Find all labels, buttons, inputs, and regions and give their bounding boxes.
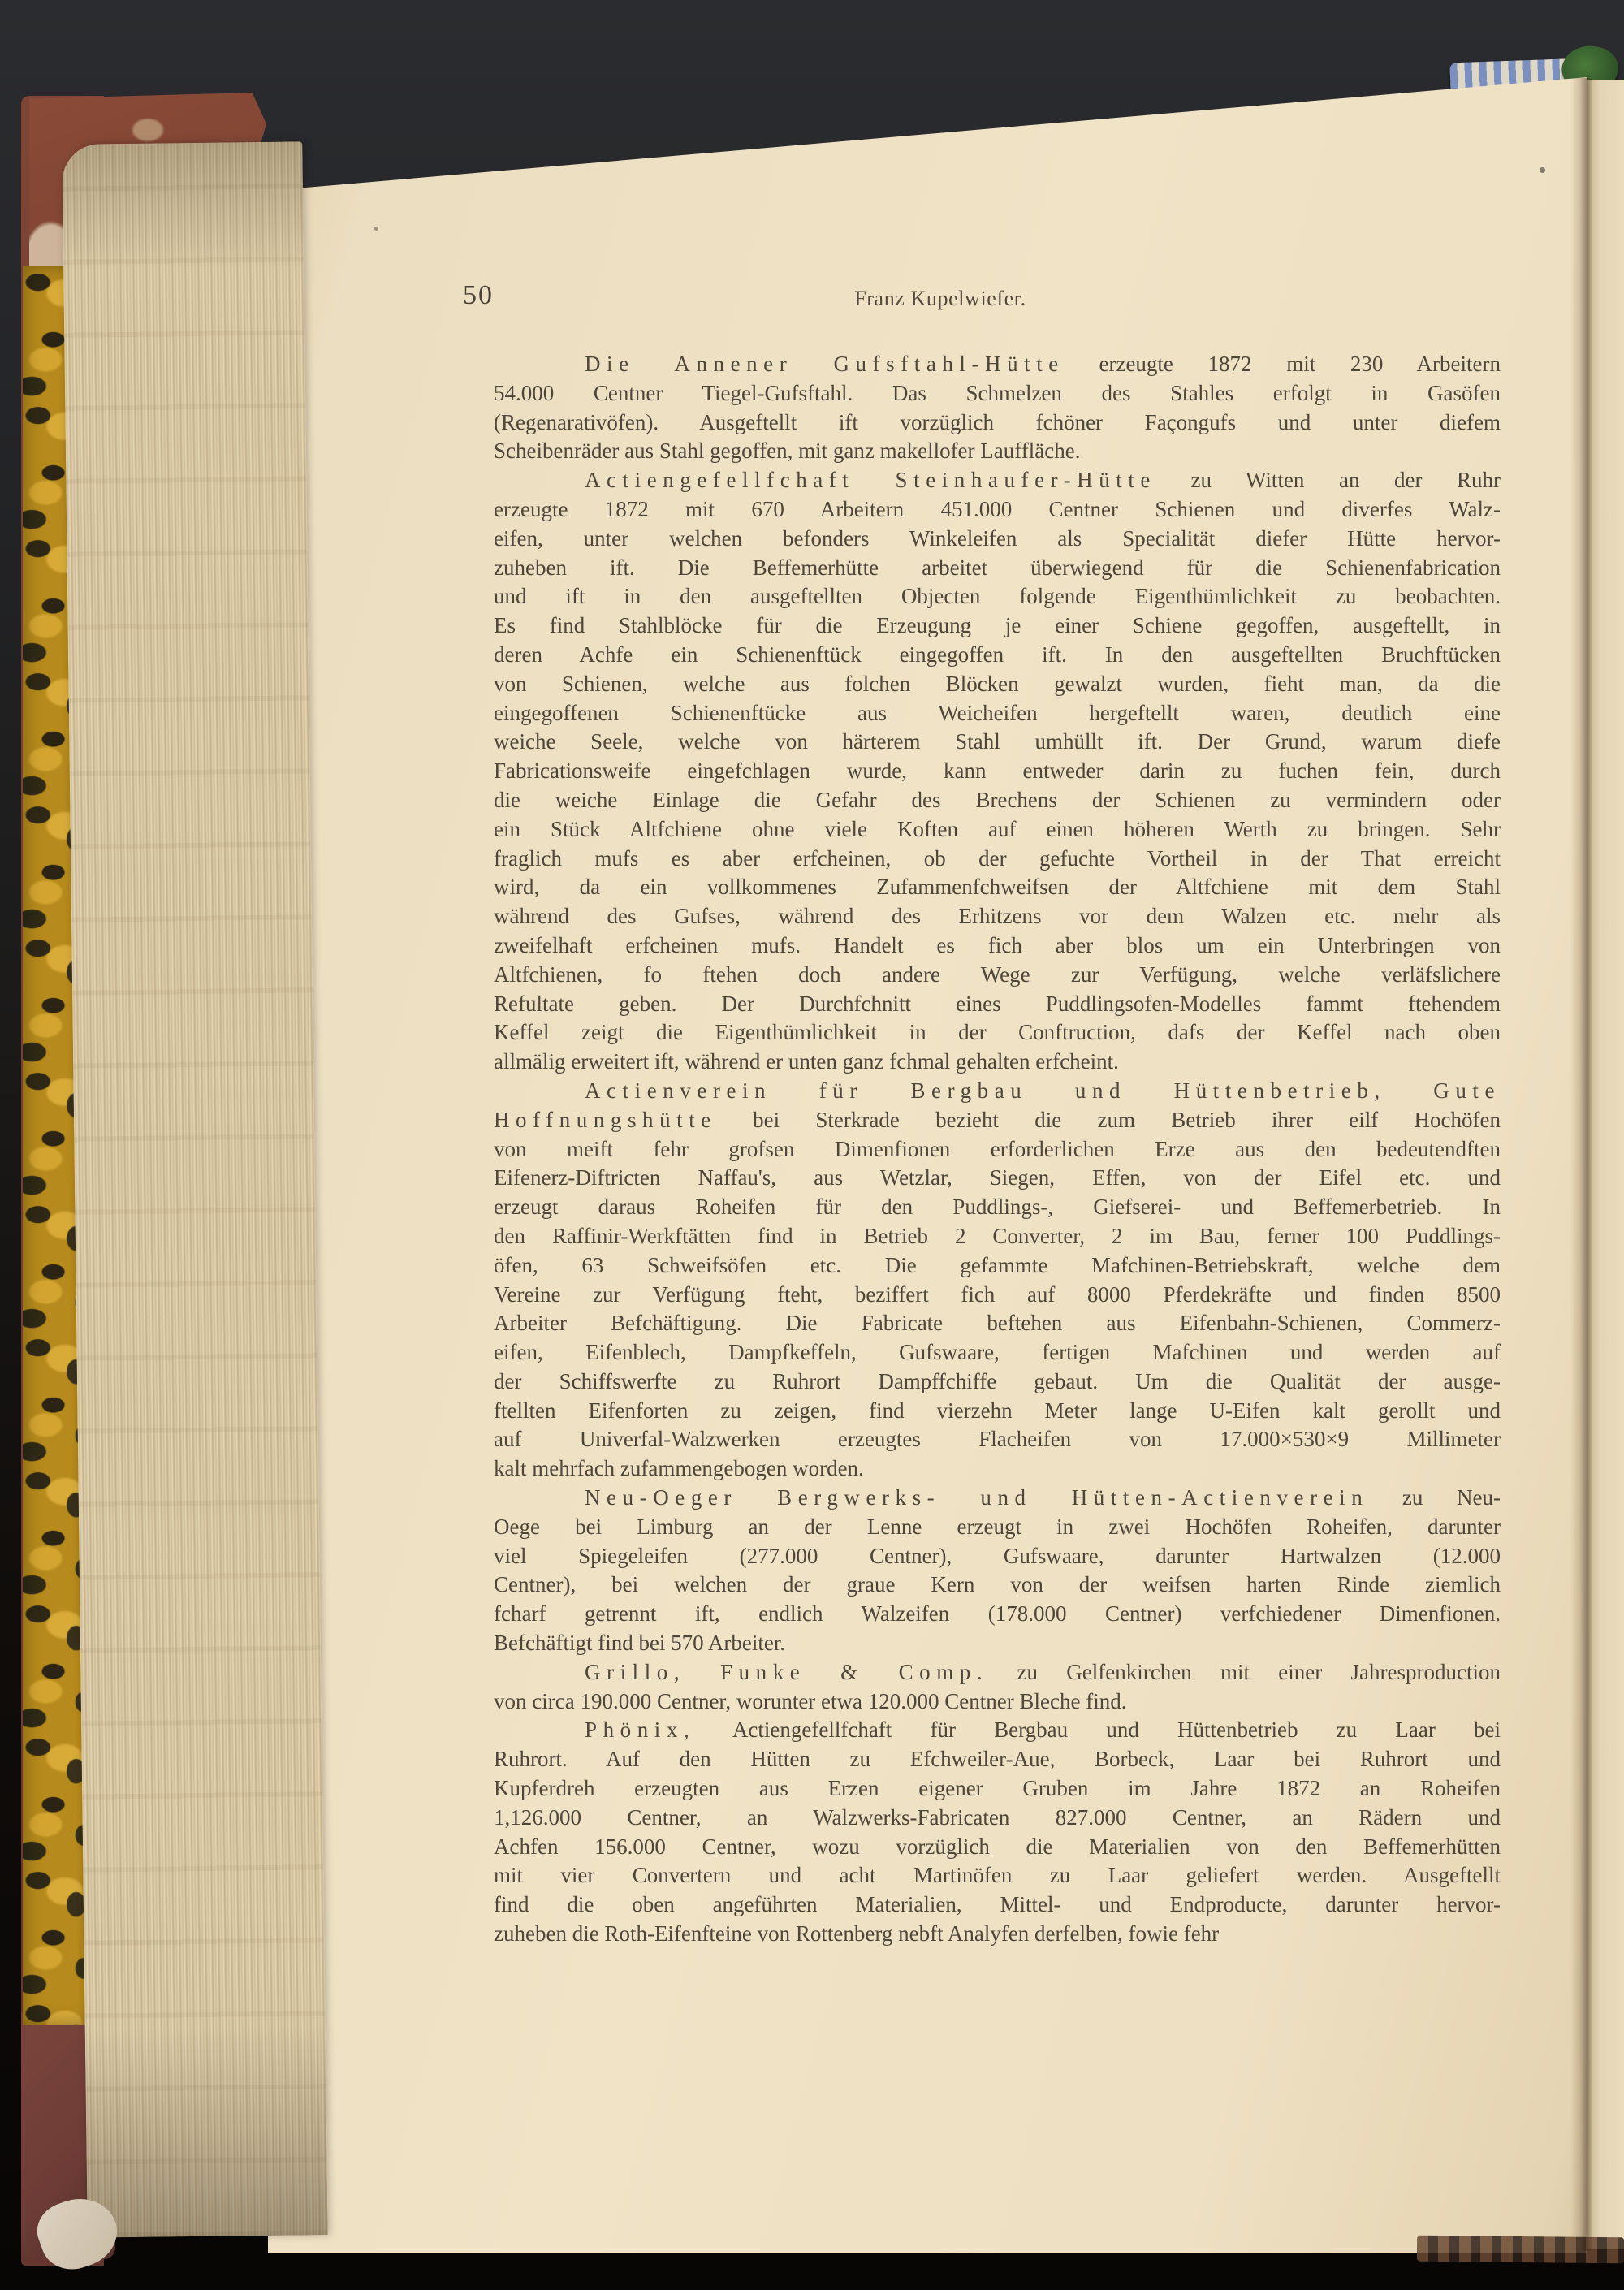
text-line: Fabricationsweife eingefchlagen wurde, k… <box>494 757 1501 786</box>
text-line: während des Gufses, während des Erhitzen… <box>494 902 1501 931</box>
book-page: 50 Franz Kupelwiefer. Die Annener Gufsft… <box>268 77 1587 2253</box>
page-number: 50 <box>463 280 494 311</box>
text-line: Kupferdreh erzeugten aus Erzen eigener G… <box>494 1774 1501 1804</box>
ink-speck <box>374 227 378 231</box>
paragraph: Actiengefellfchaft Steinhaufer-Hütte zu … <box>494 466 1501 1077</box>
running-header: Franz Kupelwiefer. <box>494 287 1387 311</box>
text-line: und ift in den ausgeftellten Objecten fo… <box>494 582 1501 611</box>
text-line: fcharf getrennt ift, endlich Walzeifen (… <box>494 1600 1501 1629</box>
text-line: 1,126.000 Centner, an Walzwerks-Fabricat… <box>494 1804 1501 1833</box>
paragraph: Die Annener Gufsftahl-Hütte erzeugte 187… <box>494 350 1501 466</box>
tailband <box>1417 2236 1624 2264</box>
text-line: Hoffnungshütte bei Sterkrade bezieht die… <box>494 1106 1501 1135</box>
text-line: Phönix, Actiengefellfchaft für Bergbau u… <box>494 1716 1501 1745</box>
text-line: zuheben die Roth-Eifenfteine von Rottenb… <box>494 1920 1501 1949</box>
text-line: Keffel zeigt die Eigenthümlichkeit in de… <box>494 1018 1501 1048</box>
text-line: erzeugt daraus Roheifen für den Puddling… <box>494 1193 1501 1222</box>
next-page-sliver <box>1587 80 1624 2249</box>
text-line: Neu-Oeger Bergwerks- und Hütten-Actienve… <box>494 1484 1501 1513</box>
letterspaced-text: Neu-Oeger Bergwerks- und Hütten-Actienve… <box>585 1485 1368 1510</box>
text-line: Refultate geben. Der Durchfchnitt eines … <box>494 990 1501 1019</box>
book-photo: 50 Franz Kupelwiefer. Die Annener Gufsft… <box>0 0 1624 2290</box>
paragraph: Actienverein für Bergbau und Hüttenbetri… <box>494 1077 1501 1484</box>
letterspaced-text: Actiengefellfchaft Steinhaufer-Hütte <box>585 468 1156 492</box>
text-line: zuheben ift. Die Beffemerhütte arbeitet … <box>494 554 1501 583</box>
text-line: ftellten Eifenforten zu zeigen, find vie… <box>494 1397 1501 1426</box>
text-line: find die oben angeführten Materialien, M… <box>494 1890 1501 1920</box>
text-line: Centner), bei welchen der graue Kern von… <box>494 1571 1501 1600</box>
letterspaced-text: Actienverein für Bergbau und Hüttenbetri… <box>585 1078 1501 1103</box>
ink-speck <box>1540 167 1545 173</box>
text-line: von meift fehr grofsen Dimenfionen erfor… <box>494 1135 1501 1164</box>
text-line: Befchäftigt find bei 570 Arbeiter. <box>494 1629 1501 1658</box>
letterspaced-text: Hoffnungshütte <box>494 1108 717 1132</box>
text-line: 54.000 Centner Tiegel-Gufsftahl. Das Sch… <box>494 379 1501 408</box>
text-line: Achfen 156.000 Centner, wozu vorzüglich … <box>494 1833 1501 1862</box>
text-line: Ruhrort. Auf den Hütten zu Efchweiler-Au… <box>494 1745 1501 1774</box>
text-line: von circa 190.000 Centner, worunter etwa… <box>494 1687 1501 1717</box>
text-line: eifen, Eifenblech, Dampfkeffeln, Gufswaa… <box>494 1338 1501 1368</box>
text-line: weiche Seele, welche von härterem Stahl … <box>494 728 1501 757</box>
letterspaced-text: Die Annener Gufsftahl-Hütte <box>585 352 1065 376</box>
gutter-shadow <box>1570 78 1592 2251</box>
text-line: allmälig erweitert ift, während er unten… <box>494 1048 1501 1077</box>
text-line: Die Annener Gufsftahl-Hütte erzeugte 187… <box>494 350 1501 379</box>
text-line: Actiengefellfchaft Steinhaufer-Hütte zu … <box>494 466 1501 495</box>
page-body-text: Die Annener Gufsftahl-Hütte erzeugte 187… <box>494 350 1501 1949</box>
text-line: Altfchienen, fo ftehen doch andere Wege … <box>494 961 1501 990</box>
paragraph: Phönix, Actiengefellfchaft für Bergbau u… <box>494 1716 1501 1948</box>
text-line: den Raffinir-Werkftätten find in Betrieb… <box>494 1222 1501 1251</box>
text-line: Scheibenräder aus Stahl gegoffen, mit ga… <box>494 437 1501 466</box>
text-line: Actienverein für Bergbau und Hüttenbetri… <box>494 1077 1501 1106</box>
text-line: die weiche Einlage die Gefahr des Breche… <box>494 786 1501 815</box>
text-line: deren Achfe ein Schienenftück eingegoffe… <box>494 641 1501 670</box>
text-line: Vereine zur Verfügung fteht, beziffert f… <box>494 1281 1501 1310</box>
letterspaced-text: Grillo, Funke & Comp. <box>585 1660 988 1684</box>
text-line: Grillo, Funke & Comp. zu Gelfenkirchen m… <box>494 1658 1501 1687</box>
text-line: eifen, unter welchen befonders Winkeleif… <box>494 525 1501 554</box>
text-line: mit vier Convertern und acht Martinöfen … <box>494 1861 1501 1890</box>
text-line: Eifenerz-Diftricten Naffau's, aus Wetzla… <box>494 1164 1501 1193</box>
text-line: von Schienen, welche aus folchen Blöcken… <box>494 670 1501 699</box>
text-line: erzeugte 1872 mit 670 Arbeitern 451.000 … <box>494 495 1501 525</box>
text-line: kalt mehrfach zufammengebogen worden. <box>494 1454 1501 1484</box>
text-line: der Schiffswerfte zu Ruhrort Dampffchiff… <box>494 1368 1501 1397</box>
text-line: eingegoffenen Schienenftücke aus Weichei… <box>494 699 1501 728</box>
text-line: Arbeiter Befchäftigung. Die Fabricate be… <box>494 1309 1501 1338</box>
text-line: ein Stück Altfchiene ohne viele Koften a… <box>494 815 1501 845</box>
text-line: wird, da ein vollkommenes Zufammenfchwei… <box>494 873 1501 902</box>
text-line: viel Spiegeleifen (277.000 Centner), Guf… <box>494 1542 1501 1571</box>
text-line: zweifelhaft erfcheinen mufs. Handelt es … <box>494 931 1501 961</box>
text-line: öfen, 63 Schweifsöfen etc. Die gefammte … <box>494 1251 1501 1281</box>
paragraph: Neu-Oeger Bergwerks- und Hütten-Actienve… <box>494 1484 1501 1658</box>
page-fore-edge-stack <box>62 141 327 2237</box>
letterspaced-text: Phönix, <box>585 1717 695 1742</box>
text-line: Oege bei Limburg an der Lenne erzeugt in… <box>494 1513 1501 1542</box>
text-line: auf Univerfal-Walzwerken erzeugtes Flach… <box>494 1425 1501 1454</box>
text-line: fraglich mufs es aber erfcheinen, ob der… <box>494 845 1501 874</box>
text-line: (Regenarativöfen). Ausgeftellt ift vorzü… <box>494 408 1501 438</box>
text-line: Es find Stahlblöcke für die Erzeugung je… <box>494 611 1501 641</box>
paragraph: Grillo, Funke & Comp. zu Gelfenkirchen m… <box>494 1658 1501 1717</box>
